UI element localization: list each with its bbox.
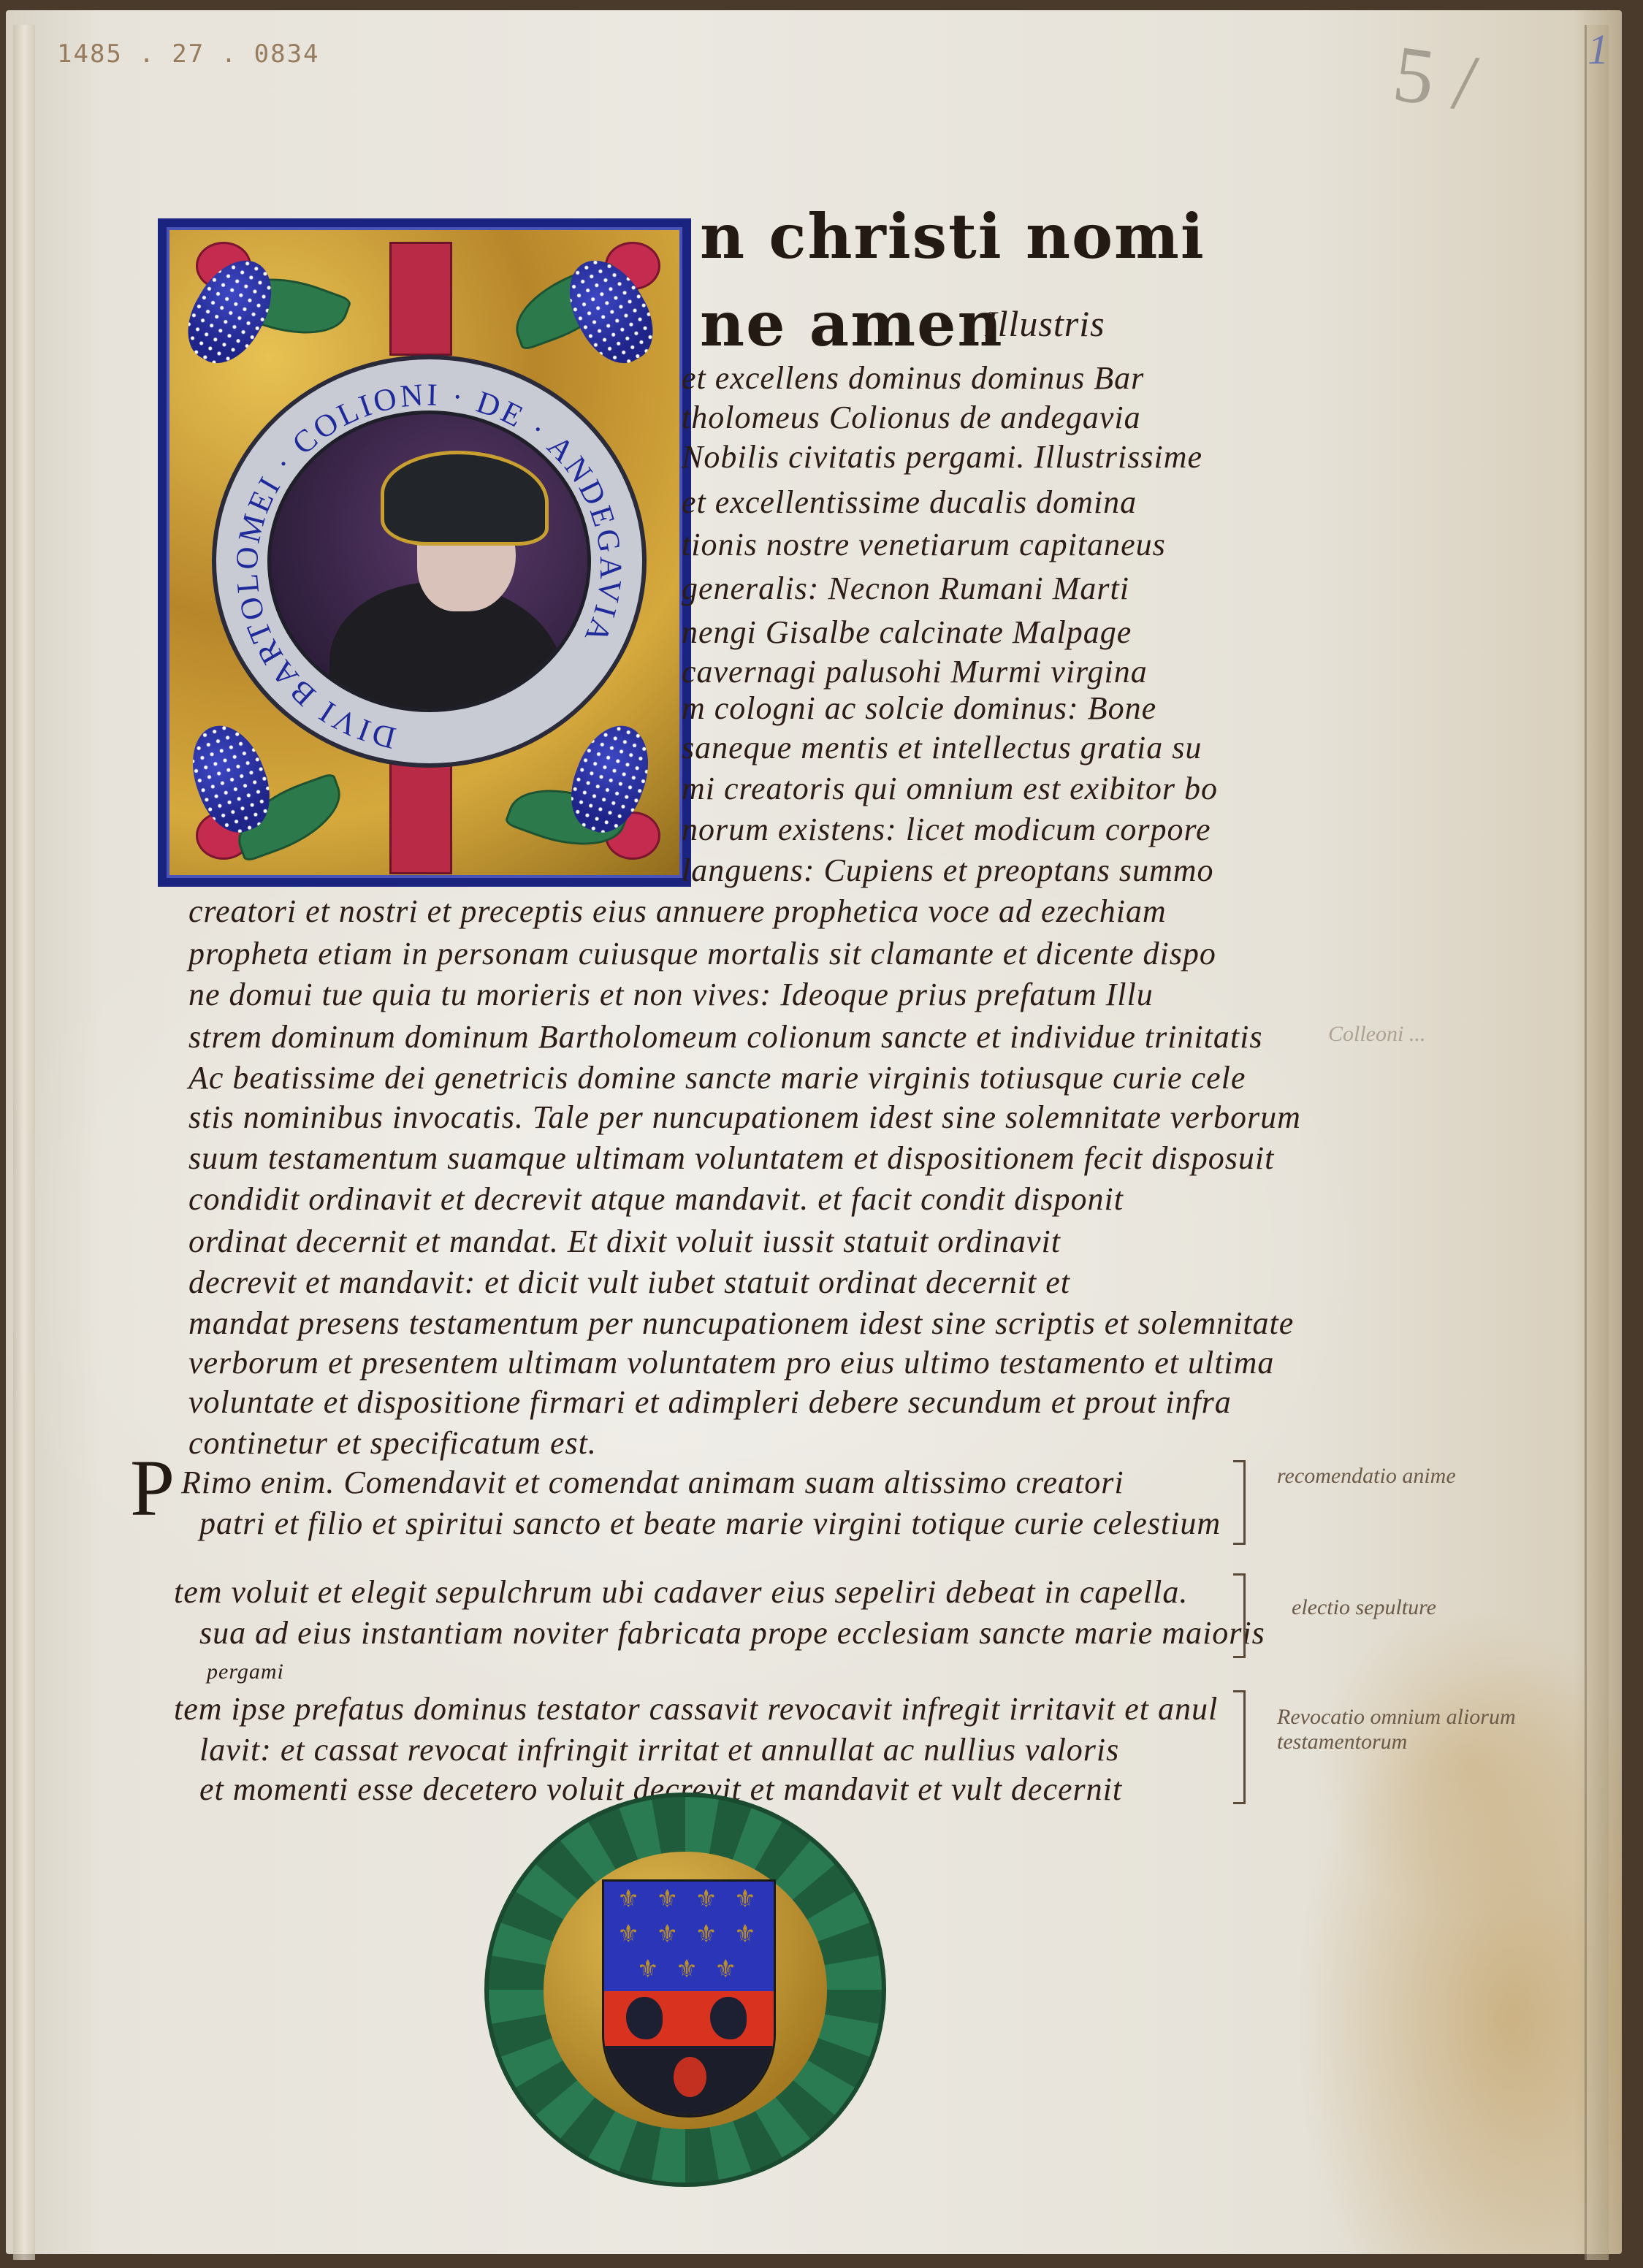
clause-line: patri et filio et spiritui sancto et bea… (199, 1505, 1221, 1542)
text-line: propheta etiam in personam cuiusque mort… (188, 935, 1216, 972)
text-line: creatori et nostri et preceptis eius ann… (188, 893, 1167, 930)
text-line: suum testamentum suamque ultimam volunta… (188, 1139, 1274, 1177)
text-line: verborum et presentem ultimam voluntatem… (188, 1344, 1274, 1381)
dark-base-with-charge (604, 2046, 774, 2118)
text-line: languens: Cupiens et preoptans summo (682, 852, 1214, 889)
clause-initial: P (130, 1442, 175, 1535)
shelfmark-annotation: 1485 . 27 . 0834 (57, 39, 320, 69)
text-line: ordinat decernit et mandat. Et dixit vol… (188, 1223, 1061, 1260)
text-line: ne domui tue quia tu morieris et non viv… (188, 976, 1154, 1013)
corner-stain-marks: 5 / (1388, 27, 1483, 130)
manuscript-page: 1485 . 27 . 0834 5 / 1 DIVI BARTOLOMEI (6, 10, 1622, 2254)
portrait-medallion: DIVI BARTOLOMEI · COLIONI · DE · ANDEGAV… (212, 355, 647, 768)
text-line: decrevit et mandavit: et dicit vult iube… (188, 1264, 1070, 1301)
acanthus-stem-top (389, 242, 452, 356)
gold-roundel: ⚜ ⚜ ⚜ ⚜ ⚜ ⚜ ⚜ ⚜ ⚜ ⚜ ⚜ (544, 1852, 827, 2129)
text-line: cavernagi palusohi Murmi virgina (682, 653, 1148, 690)
margin-bracket (1233, 1573, 1246, 1658)
text-line: et excellens dominus dominus Bar (682, 359, 1144, 397)
margin-note: Revocatio omnium aliorum testamentorum (1277, 1705, 1525, 1755)
portrait-field (267, 411, 591, 712)
fleur-de-lis-chief: ⚜ ⚜ ⚜ ⚜ ⚜ ⚜ ⚜ ⚜ ⚜ ⚜ ⚜ (604, 1882, 774, 1991)
margin-note: recomendatio anime (1277, 1464, 1456, 1489)
text-line: mi creatoris qui omnium est exibitor bo (682, 770, 1218, 807)
text-line: tholomeus Colionus de andegavia (682, 399, 1141, 436)
text-line: m cologni ac solcie dominus: Bone (682, 690, 1156, 727)
text-line: condidit ordinavit et decrevit atque man… (188, 1180, 1124, 1218)
text-line: Ac beatissime dei genetricis domine sanc… (188, 1059, 1246, 1096)
margin-bracket (1233, 1690, 1246, 1804)
red-fess-with-charges (604, 1991, 774, 2046)
text-line: strem dominum dominum Bartholomeum colio… (188, 1018, 1262, 1055)
portrait-cap (381, 451, 549, 546)
clause-line: tem ipse prefatus dominus testator cassa… (174, 1690, 1218, 1727)
clause-line: lavit: et cassat revocat infringit irrit… (199, 1731, 1119, 1768)
heading-line-2: ne amen (700, 288, 1004, 360)
text-line: Nobilis civitatis pergami. Illustrissime (682, 438, 1202, 476)
text-line: saneque mentis et intellectus gratia su (682, 729, 1202, 766)
acanthus-stem-bottom (389, 760, 452, 874)
clause-line: pergami (207, 1660, 284, 1684)
faint-margin-note: Colleoni ... (1328, 1022, 1425, 1047)
heading-continuation: Illustris (985, 302, 1105, 345)
text-line: et excellentissime ducalis domina (682, 484, 1137, 521)
text-line: norum existens: licet modicum corpore (682, 811, 1211, 848)
clause-line: tem voluit et elegit sepulchrum ubi cada… (174, 1573, 1188, 1611)
coat-of-arms-shield: ⚜ ⚜ ⚜ ⚜ ⚜ ⚜ ⚜ ⚜ ⚜ ⚜ ⚜ (602, 1879, 776, 2118)
text-line: voluntate et dispositione firmari et adi… (188, 1383, 1232, 1421)
text-line: continetur et specificatum est. (188, 1424, 597, 1462)
binding-gutter (13, 25, 35, 2260)
text-line: stis nominibus invocatis. Tale per nuncu… (188, 1099, 1301, 1136)
heading-line-1: n christi nomi (700, 200, 1205, 272)
text-line: mandat presens testamentum per nuncupati… (188, 1305, 1294, 1342)
margin-note: electio sepulture (1292, 1595, 1436, 1620)
text-line: generalis: Necnon Rumani Marti (682, 570, 1129, 607)
illuminated-initial: DIVI BARTOLOMEI · COLIONI · DE · ANDEGAV… (158, 218, 691, 887)
text-line: nengi Gisalbe calcinate Malpage (682, 614, 1132, 651)
page-edge (1585, 25, 1609, 2260)
margin-bracket (1233, 1460, 1246, 1545)
laurel-wreath: ⚜ ⚜ ⚜ ⚜ ⚜ ⚜ ⚜ ⚜ ⚜ ⚜ ⚜ (484, 1792, 886, 2187)
clause-line: Rimo enim. Comendavit et comendat animam… (181, 1464, 1124, 1501)
text-line: tionis nostre venetiarum capitaneus (682, 526, 1166, 563)
clause-line: sua ad eius instantiam noviter fabricata… (199, 1614, 1265, 1652)
folio-number: 1 (1587, 25, 1609, 74)
